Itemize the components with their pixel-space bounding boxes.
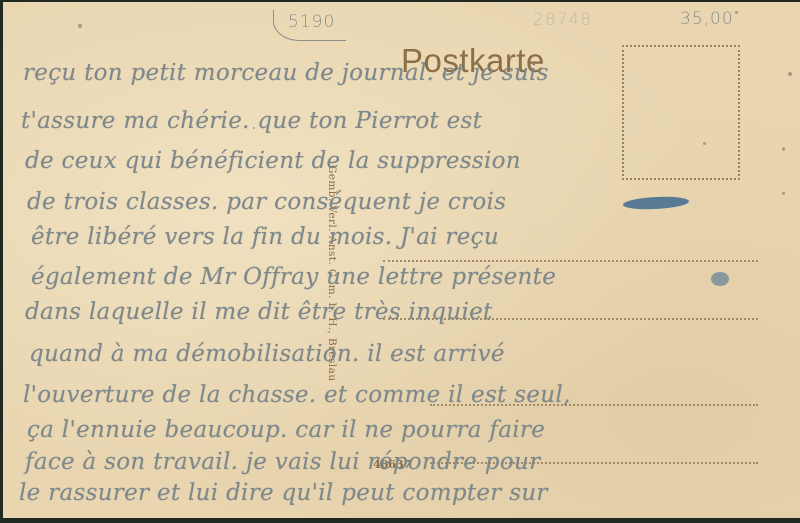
- pencil-faint-number: 28748: [533, 10, 592, 30]
- handwriting-line: être libéré vers la fin du mois. J'ai re…: [31, 224, 499, 250]
- handwriting-line: de ceux qui bénéficient de la suppressio…: [25, 148, 521, 174]
- postcard-back: 5190 28748 35,00 Postkarte Gemb. Verl.-A…: [3, 2, 800, 518]
- paper-speck: [735, 11, 738, 14]
- address-line: [383, 260, 758, 262]
- ink-blot: [711, 272, 729, 286]
- ink-blot: [623, 195, 690, 210]
- paper-speck: [788, 72, 792, 76]
- paper-speck: [78, 24, 82, 28]
- paper-speck: [782, 192, 785, 195]
- handwriting-line: l'ouverture de la chasse. et comme il es…: [23, 382, 571, 408]
- handwriting-line: quand à ma démobilisation. il est arrivé: [29, 341, 505, 367]
- pencil-catalog-number: 5190: [288, 12, 335, 32]
- handwriting-line: reçu ton petit morceau de journal. et je…: [23, 60, 549, 86]
- handwriting-line: de trois classes. par conséquent je croi…: [27, 189, 506, 215]
- stamp-box: [622, 45, 740, 180]
- handwriting-line: le rassurer et lui dire qu'il peut compt…: [19, 480, 548, 506]
- handwriting-line: dans laquelle il me dit être très inquie…: [25, 299, 493, 325]
- handwriting-line: ça l'ennuie beaucoup. car il ne pourra f…: [27, 417, 545, 443]
- pencil-price: 35,00: [680, 9, 734, 29]
- paper-speck: [782, 147, 785, 151]
- handwriting-line: t'assure ma chérie. que ton Pierrot est: [21, 108, 482, 134]
- handwriting-line: face à son travail. je vais lui répondre…: [25, 449, 540, 475]
- handwriting-line: également de Mr Offray une lettre présen…: [31, 264, 556, 290]
